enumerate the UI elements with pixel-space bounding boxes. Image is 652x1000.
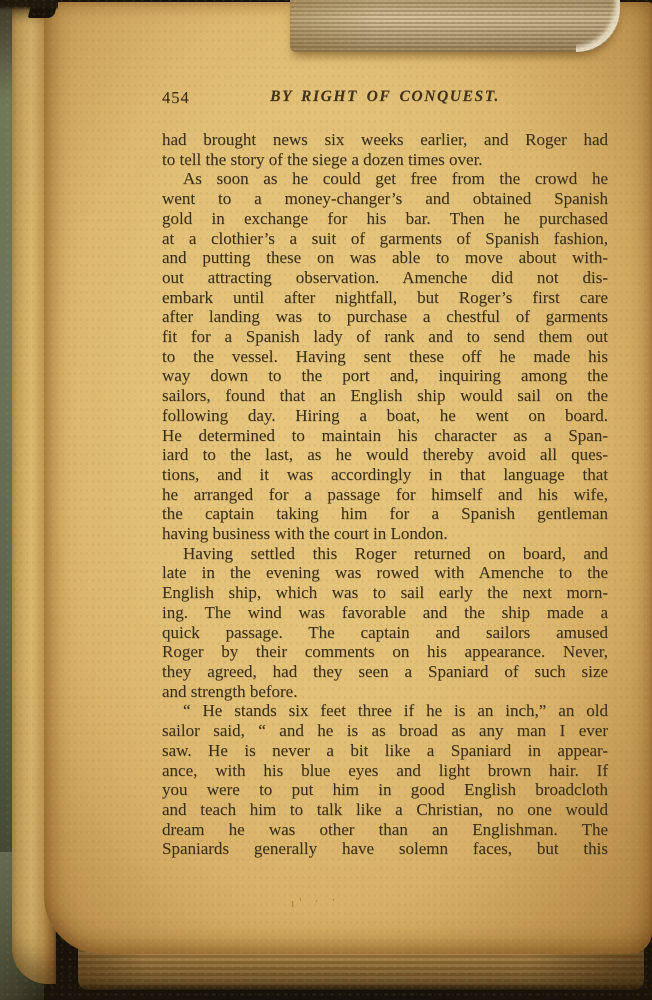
- text-line: to tell the story of the siege a dozen t…: [162, 150, 608, 170]
- text-line: Having settled this Roger returned on bo…: [162, 544, 608, 564]
- text-line: gold in exchange for his bar. Then he pu…: [162, 209, 608, 229]
- text-line: you were to put him in good English broa…: [162, 780, 608, 800]
- text-line: embark until after nightfall, but Roger’…: [162, 288, 608, 308]
- text-line: the captain taking him for a Spanish gen…: [162, 504, 608, 524]
- text-line: having business with the court in London…: [162, 524, 608, 544]
- text-line: dream he was other than an Englishman. T…: [162, 820, 608, 840]
- text-line: English ship, which was to sail early th…: [162, 583, 608, 603]
- text-line: and strength before.: [162, 682, 608, 702]
- text-line: fit for a Spanish lady of rank and to se…: [162, 327, 608, 347]
- text-line: He determined to maintain his character …: [162, 426, 608, 446]
- text-line: quick passage. The captain and sailors a…: [162, 623, 608, 643]
- text-line: iard to the last, as he would thereby av…: [162, 445, 608, 465]
- text-line: after landing was to purchase a chestful…: [162, 307, 608, 327]
- text-line: out attracting observation. Amenche did …: [162, 268, 608, 288]
- page-body: had brought news six weeks earlier, and …: [162, 130, 608, 859]
- running-title: BY RIGHT OF CONQUEST.: [162, 88, 608, 106]
- text-line: they agreed, had they seen a Spaniard of…: [162, 662, 608, 682]
- text-line: he arranged for a passage for himself an…: [162, 485, 608, 505]
- text-line: saw. He is never a bit like a Spaniard i…: [162, 741, 608, 761]
- text-line: had brought news six weeks earlier, and …: [162, 130, 608, 150]
- text-line: and putting these on was able to move ab…: [162, 248, 608, 268]
- text-line: to the vessel. Having sent these off he …: [162, 347, 608, 367]
- text-line: way down to the port and, inquiring amon…: [162, 366, 608, 386]
- text-line: at a clothier’s a suit of garments of Sp…: [162, 229, 608, 249]
- text-line: “ He stands six feet three if he is an i…: [162, 701, 608, 721]
- text-line: and teach him to talk like a Christian, …: [162, 800, 608, 820]
- text-line: tions, and it was accordingly in that la…: [162, 465, 608, 485]
- text-line: Roger by their comments on his appearanc…: [162, 642, 608, 662]
- running-header: 454 BY RIGHT OF CONQUEST.: [162, 88, 608, 108]
- text-line: As soon as he could get free from the cr…: [162, 169, 608, 189]
- text-line: late in the evening was rowed with Amenc…: [162, 563, 608, 583]
- text-line: went to a money-changer’s and obtained S…: [162, 189, 608, 209]
- text-line: sailor said, “ and he is as broad as any…: [162, 721, 608, 741]
- text-line: Spaniards generally have solemn faces, b…: [162, 839, 608, 859]
- text-line: following day. Hiring a boat, he went on…: [162, 406, 608, 426]
- text-line: ance, with his blue eyes and light brown…: [162, 761, 608, 781]
- text-line: sailors, found that an English ship woul…: [162, 386, 608, 406]
- page-curl-top-edge: [290, 0, 620, 52]
- text-line: ing. The wind was favorable and the ship…: [162, 603, 608, 623]
- top-edge-shadow: [0, 0, 58, 10]
